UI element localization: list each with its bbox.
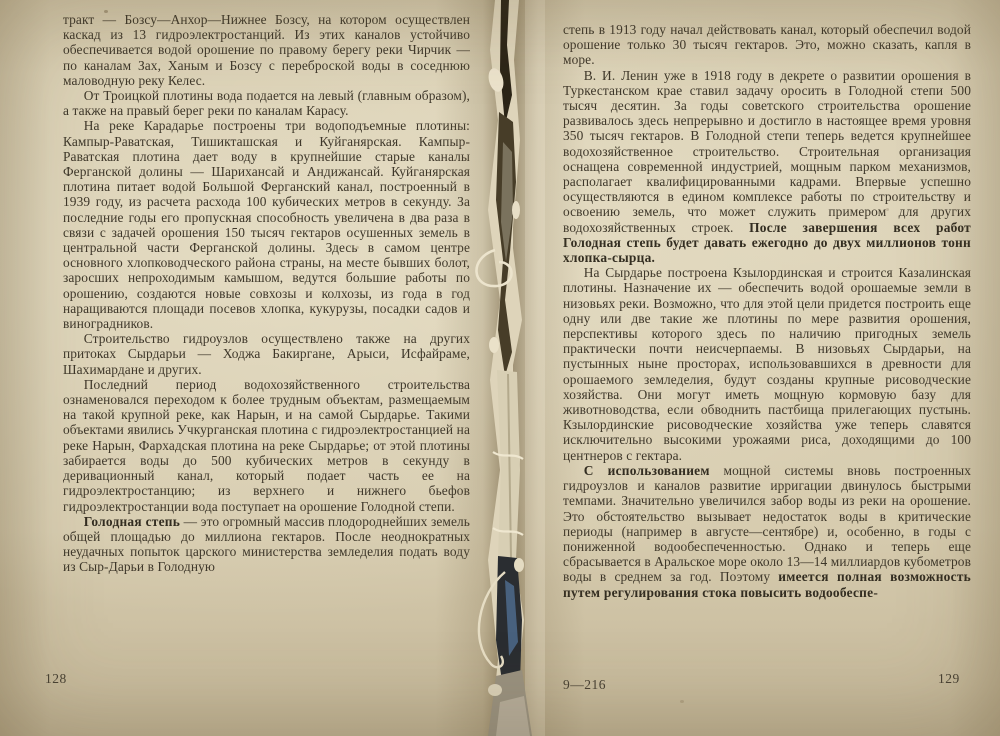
page-number-right: 129 [938,671,960,687]
gutter-slit-top [500,0,512,125]
torn-fleck [514,558,524,572]
gutter-slit-bottom [496,556,522,702]
text-run: мощной системы вновь построенных гидроуз… [563,463,971,584]
text-run: В. И. Ленин уже в 1918 году в декрете о … [563,68,971,235]
torn-fleck [488,684,502,696]
paragraph: Голодная степь — это огромный массив пло… [63,514,470,575]
paper-speck [680,700,684,703]
gutter-blue-glint [505,580,518,656]
text-run: От Троицкой плотины вода подается на лев… [63,88,470,118]
page-left-text: тракт — Бозсу—Анхор—Нижнее Бозсу, на кот… [63,12,470,575]
page-number-left: 128 [45,671,67,687]
gutter-tape [497,370,520,560]
paragraph: С использованием мощной системы вновь по… [563,463,971,600]
binding-thread-loose [479,572,505,667]
paragraph: тракт — Бозсу—Анхор—Нижнее Бозсу, на кот… [63,12,470,88]
bold-text-run: С использованием [584,463,710,478]
paragraph: На реке Карадарье построены три водоподъ… [63,118,470,331]
text-run: тракт — Бозсу—Анхор—Нижнее Бозсу, на кот… [63,12,470,88]
gutter-bottom-light [496,696,530,736]
paragraph: От Троицкой плотины вода подается на лев… [63,88,470,118]
paragraph: Строительство гидроузлов осуществлено та… [63,331,470,377]
binding-thread-stitch [493,528,523,535]
paragraph: степь в 1913 году начал действовать кана… [563,22,971,68]
gutter-slit-middle [496,112,516,376]
bold-text-run: Голодная степь [84,514,180,529]
text-run: Строительство гидроузлов осуществлено та… [63,331,470,376]
torn-fleck [486,67,506,94]
page-curl-highlight [525,0,545,736]
paragraph: Последний период водохозяйственного стро… [63,377,470,514]
binding-thread-stitch [493,452,523,459]
text-run: На Сырдарье построена Кзылординская и ст… [563,265,971,462]
binding-thread-loop [476,250,511,286]
paragraph: В. И. Ленин уже в 1918 году в декрете о … [563,68,971,266]
book-spread-scan: тракт — Бозсу—Анхор—Нижнее Бозсу, на кот… [0,0,1000,736]
torn-fleck [489,337,499,353]
text-run: степь в 1913 году начал действовать кана… [563,22,971,67]
gutter-bottom-wedge [488,670,532,736]
torn-fleck [512,201,520,219]
gutter-tape-seam [508,374,511,558]
signature-mark: 9—216 [563,677,606,693]
page-right-text: степь в 1913 году начал действовать кана… [563,22,971,600]
paragraph: На Сырдарье построена Кзылординская и ст… [563,265,971,463]
gutter-slit-grey [501,142,513,262]
text-run: На реке Карадарье построены три водоподъ… [63,118,470,331]
text-run: Последний период водохозяйственного стро… [63,377,470,514]
torn-paper-strip [488,0,528,736]
